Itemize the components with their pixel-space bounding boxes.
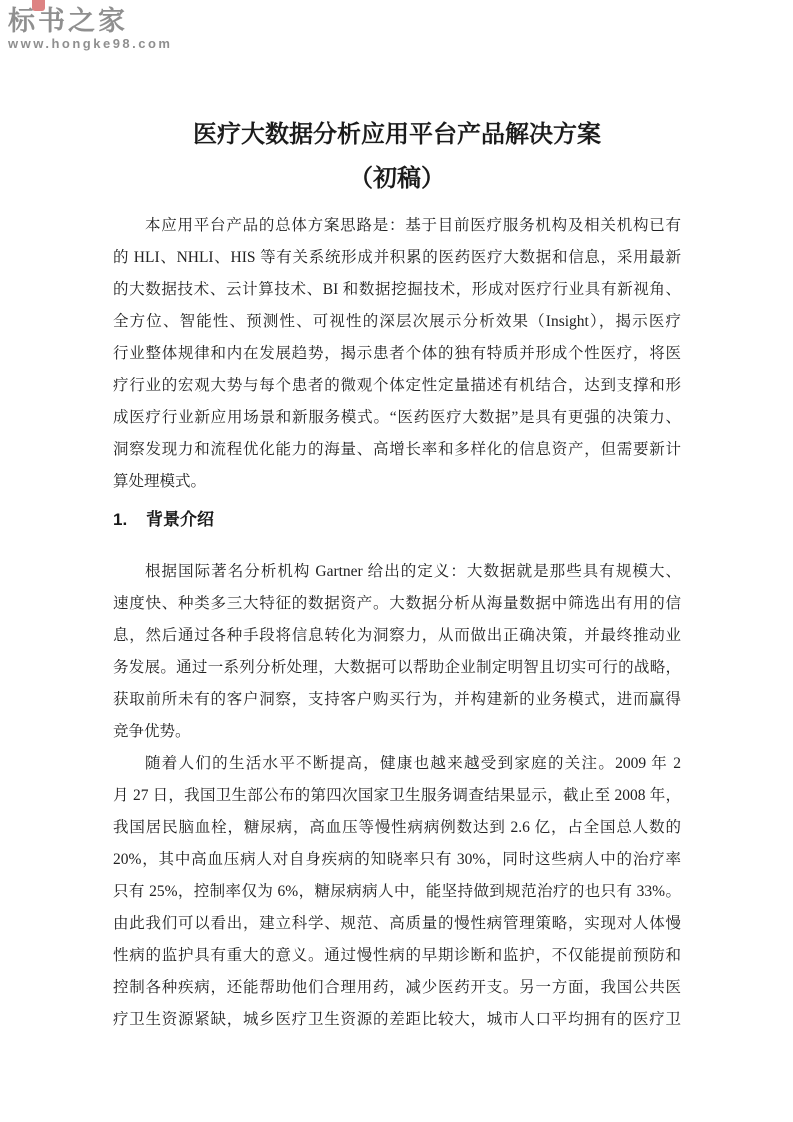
paragraph-line: 疗行业的宏观大势与每个患者的微观个体定性定量描述有机结合，达到支撑和形 [113, 370, 681, 402]
paragraph-line: 务发展。通过一系列分析处理，大数据可以帮助企业制定明智且切实可行的战略， [113, 652, 681, 684]
section-title: 背景介绍 [146, 508, 214, 532]
paragraph-line: 20%，其中高血压病人对自身疾病的知晓率只有 30%，同时这些病人中的治疗率 [113, 844, 681, 876]
section-heading: 1. 背景介绍 [113, 508, 681, 532]
paragraph-line: 只有 25%，控制率仅为 6%，糖尿病病人中，能坚持做到规范治疗的也只有 33%… [113, 876, 681, 908]
section-number: 1. [113, 508, 146, 532]
site-url: www.hongke98.com [8, 37, 173, 51]
site-watermark: 标书之家 www.hongke98.com [8, 6, 173, 51]
paragraph-line: 的 HLI、NHLI、HIS 等有关系统形成并积累的医药医疗大数据和信息，采用最… [113, 242, 681, 274]
paragraph-line: 算处理模式。 [113, 466, 681, 498]
paragraph-line: 月 27 日，我国卫生部公布的第四次国家卫生服务调查结果显示，截止至 2008 … [113, 780, 681, 812]
paragraph-line: 疗卫生资源紧缺，城乡医疗卫生资源的差距比较大，城市人口平均拥有的医疗卫 [113, 1004, 681, 1036]
document-title: 医疗大数据分析应用平台产品解决方案 [113, 118, 681, 152]
paragraph-line: 本应用平台产品的总体方案思路是：基于目前医疗服务机构及相关机构已有 [113, 210, 681, 242]
paragraph-line: 速度快、种类多三大特征的数据资产。大数据分析从海量数据中筛选出有用的信 [113, 588, 681, 620]
paragraph-line: 息，然后通过各种手段将信息转化为洞察力，从而做出正确决策，并最终推动业 [113, 620, 681, 652]
paragraph-line: 行业整体规律和内在发展趋势，揭示患者个体的独有特质并形成个性医疗，将医 [113, 338, 681, 370]
body-paragraph: 随着人们的生活水平不断提高，健康也越来越受到家庭的关注。2009 年 2 月 2… [113, 748, 681, 1036]
paragraph-line: 我国居民脑血栓，糖尿病，高血压等慢性病病例数达到 2.6 亿，占全国总人数的 [113, 812, 681, 844]
document-page: { "page": { "type": "word-document-page"… [0, 0, 793, 1122]
paragraph-line: 竞争优势。 [113, 716, 681, 748]
red-tag-icon [32, 0, 45, 11]
paragraph-line: 全方位、智能性、预测性、可视性的深层次展示分析效果（Insight），揭示医疗 [113, 306, 681, 338]
paragraph-line: 随着人们的生活水平不断提高，健康也越来越受到家庭的关注。2009 年 2 [113, 748, 681, 780]
paragraph-line: 由此我们可以看出，建立科学、规范、高质量的慢性病管理策略，实现对人体慢 [113, 908, 681, 940]
document-content: 医疗大数据分析应用平台产品解决方案 （初稿） 本应用平台产品的总体方案思路是：基… [113, 118, 681, 1036]
paragraph-line: 根据国际著名分析机构 Gartner 给出的定义：大数据就是那些具有规模大、 [113, 556, 681, 588]
paragraph-line: 获取前所未有的客户洞察，支持客户购买行为，并构建新的业务模式，进而赢得 [113, 684, 681, 716]
intro-paragraph: 本应用平台产品的总体方案思路是：基于目前医疗服务机构及相关机构已有 的 HLI、… [113, 210, 681, 498]
body-paragraph: 根据国际著名分析机构 Gartner 给出的定义：大数据就是那些具有规模大、 速… [113, 556, 681, 748]
paragraph-line: 洞察发现力和流程优化能力的海量、高增长率和多样化的信息资产，但需要新计 [113, 434, 681, 466]
paragraph-line: 控制各种疾病，还能帮助他们合理用药，减少医药开支。另一方面，我国公共医 [113, 972, 681, 1004]
document-subtitle: （初稿） [113, 162, 681, 196]
paragraph-line: 性病的监护具有重大的意义。通过慢性病的早期诊断和监护，不仅能提前预防和 [113, 940, 681, 972]
paragraph-line: 成医疗行业新应用场景和新服务模式。“医药医疗大数据”是具有更强的决策力、 [113, 402, 681, 434]
paragraph-line: 的大数据技术、云计算技术、BI 和数据挖掘技术，形成对医疗行业具有新视角、 [113, 274, 681, 306]
